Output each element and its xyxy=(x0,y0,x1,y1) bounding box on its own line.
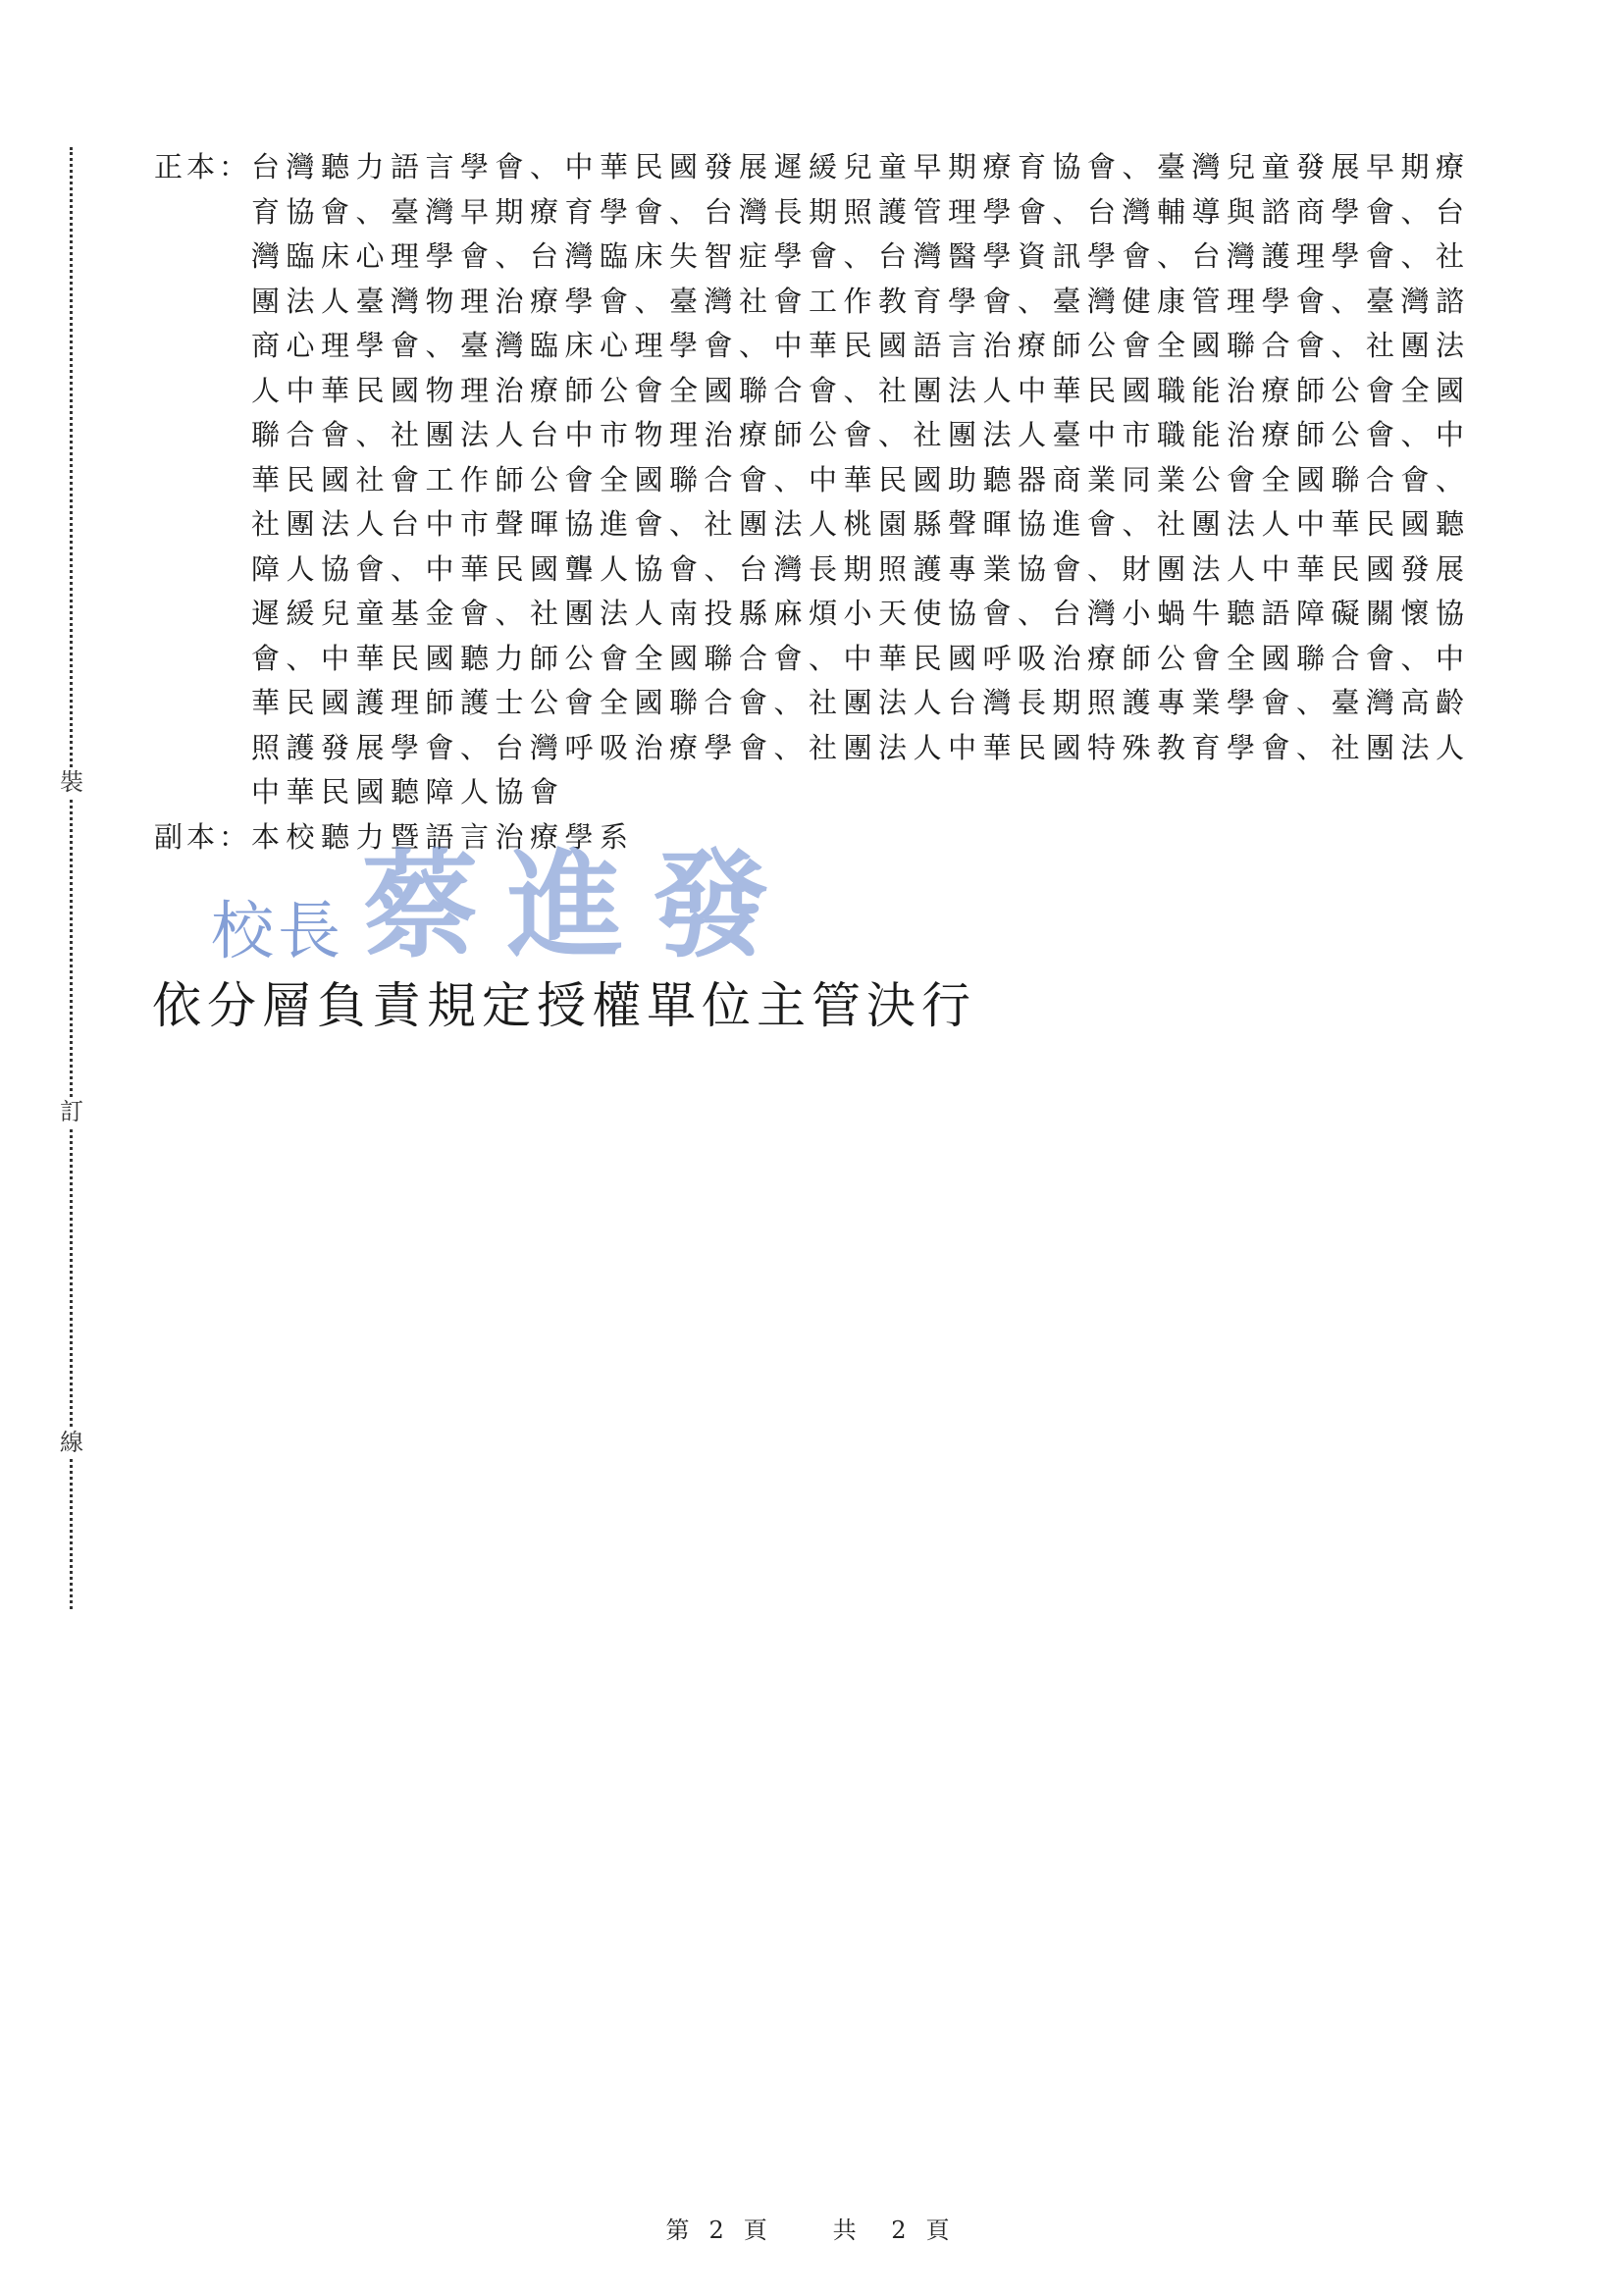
page-prefix: 第 xyxy=(665,2217,697,2244)
recipients-block: 正本： 台灣聽力語言學會、中華民國發展遲緩兒童早期療育協會、臺灣兒童發展早期療育… xyxy=(154,145,1489,860)
binding-char-xian: 線 xyxy=(57,1428,86,1457)
binding-char-ding: 訂 xyxy=(57,1097,86,1126)
main-recipients-label: 正本： xyxy=(154,145,251,815)
page-total: 2 xyxy=(891,2217,914,2244)
binding-dotted-line xyxy=(70,147,73,1609)
main-recipients: 正本： 台灣聽力語言學會、中華民國發展遲緩兒童早期療育協會、臺灣兒童發展早期療育… xyxy=(154,145,1489,815)
president-seal-stamp: 校長 蔡進發 xyxy=(211,816,798,964)
total-unit: 頁 xyxy=(926,2217,958,2244)
page-unit: 頁 xyxy=(744,2217,775,2244)
binding-char-zhuang: 裝 xyxy=(57,767,86,797)
authority-note: 依分層負責規定授權單位主管決行 xyxy=(152,966,976,1037)
total-prefix: 共 xyxy=(833,2217,864,2244)
main-recipients-list: 台灣聽力語言學會、中華民國發展遲緩兒童早期療育協會、臺灣兒童發展早期療育協會、臺… xyxy=(251,145,1489,815)
stamp-title: 校長 xyxy=(211,901,344,964)
page-current: 2 xyxy=(708,2217,731,2244)
page-number-footer: 第2頁 共 2頁 xyxy=(0,2211,1623,2245)
stamp-name: 蔡進發 xyxy=(362,848,798,964)
